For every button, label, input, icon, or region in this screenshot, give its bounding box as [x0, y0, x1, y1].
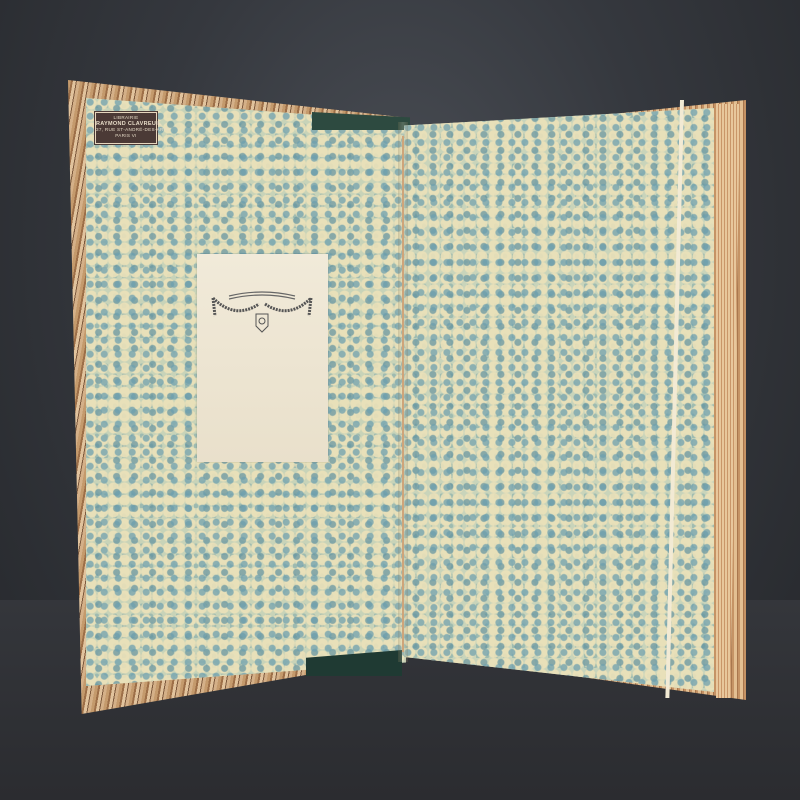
book-gutter — [398, 122, 408, 662]
bookseller-label: LIBRAIRIE RAYMOND CLAVREUIL 37, RUE ST-A… — [95, 112, 157, 144]
photo-scene: LIBRAIRIE RAYMOND CLAVREUIL 37, RUE ST-A… — [0, 0, 800, 800]
garland-monogram-icon — [209, 290, 315, 336]
seller-label-city: PARIS VI — [96, 133, 156, 139]
bookplate — [197, 254, 328, 462]
